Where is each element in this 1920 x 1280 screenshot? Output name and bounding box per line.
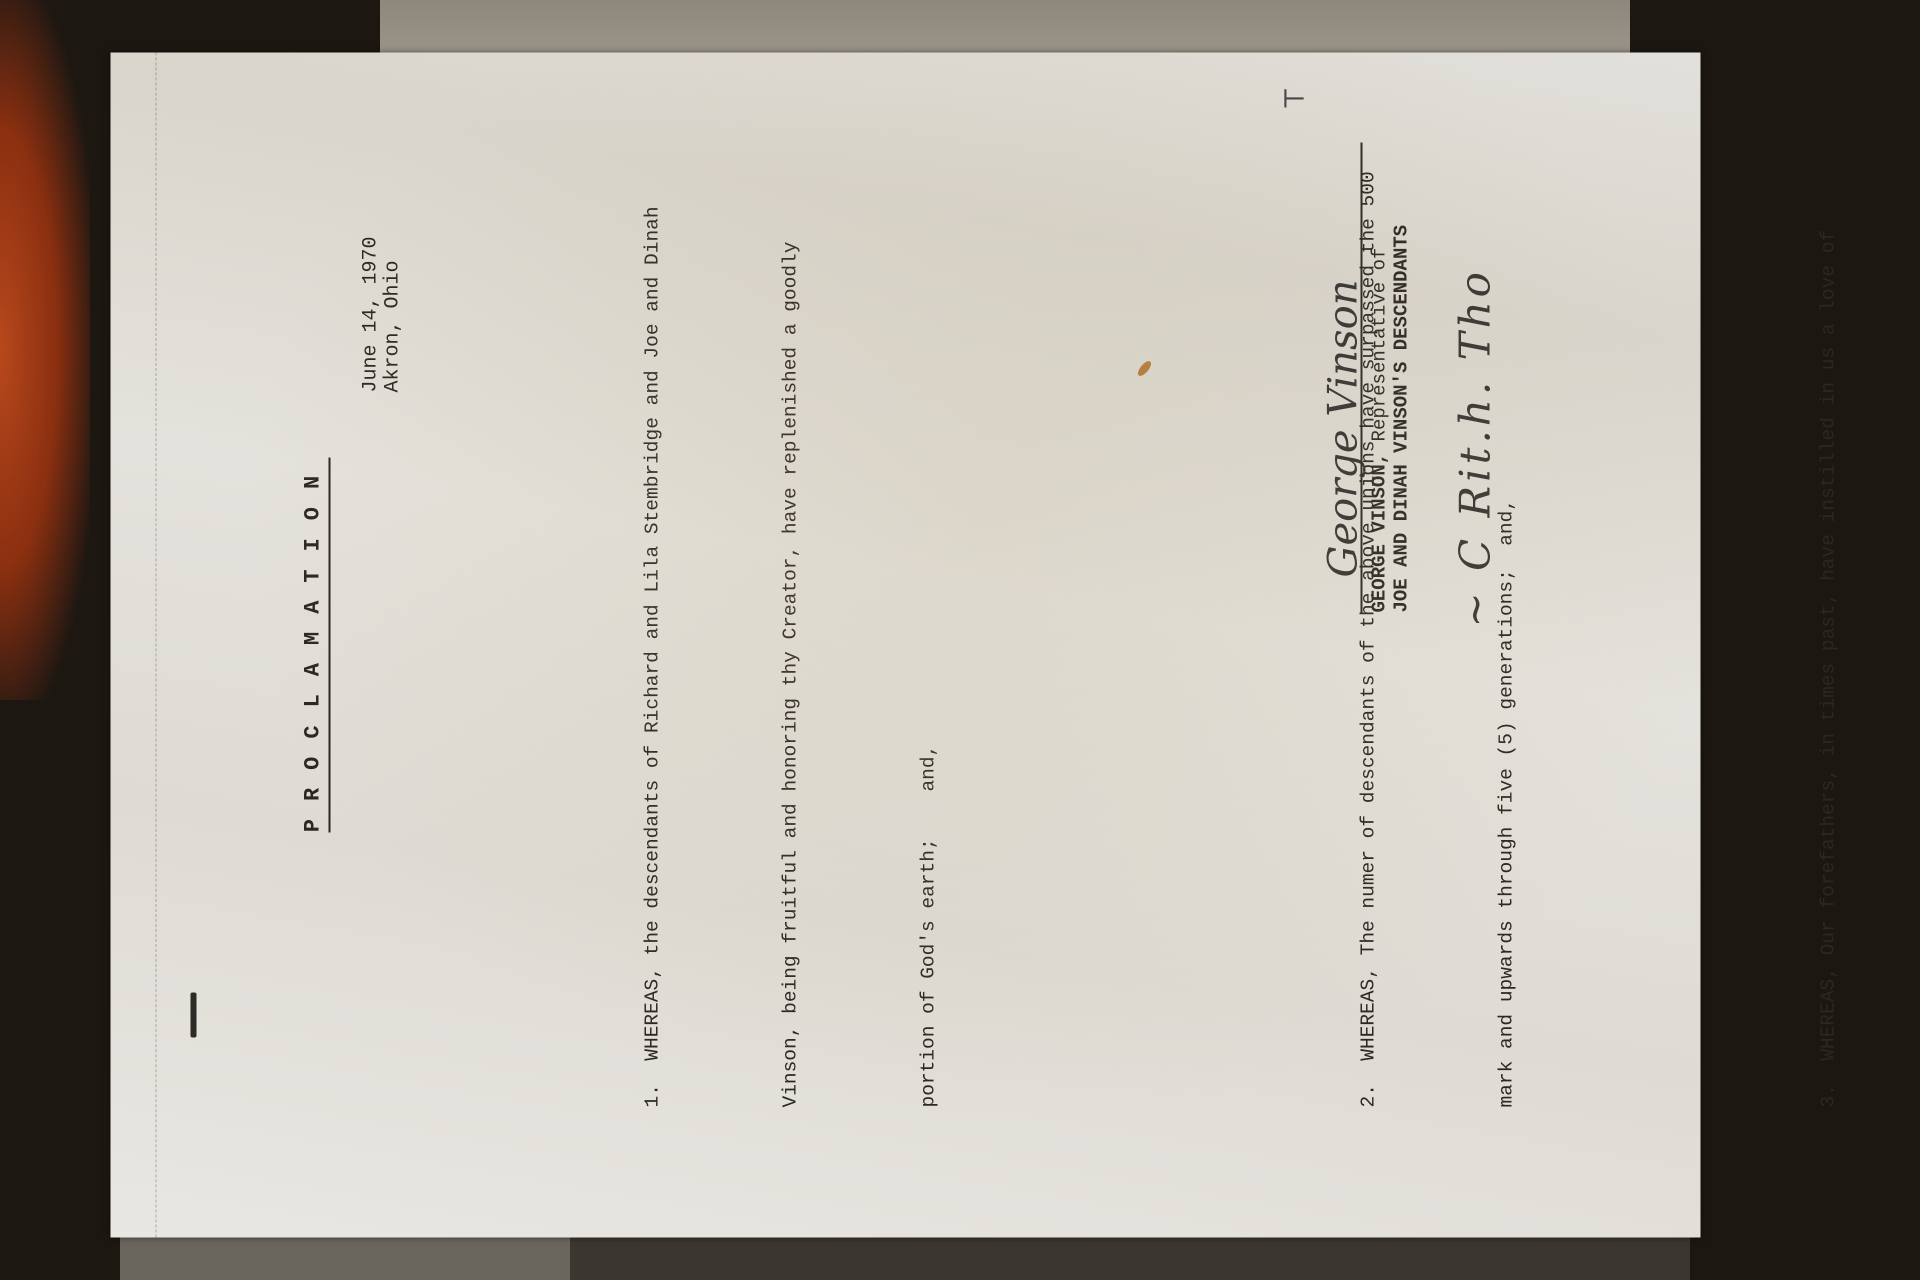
- whereas-clause-3: 3. WHEREAS, Our forefathers, in times pa…: [1714, 108, 1920, 1108]
- document-date: June 14, 1970: [361, 236, 383, 392]
- signatory-name: GEORGE VINSON,: [1369, 453, 1391, 613]
- document-title: PROCLAMATION: [301, 53, 326, 1238]
- background-cloth: [0, 0, 90, 700]
- document-body: 1. WHEREAS, the descendants of Richard a…: [446, 108, 1920, 1108]
- ink-mark: [191, 993, 197, 1038]
- signature-line: [1361, 143, 1363, 613]
- signatory-group: JOE AND DINAH VINSON'S DESCENDANTS: [1391, 225, 1413, 613]
- second-handwritten-signature: ~ C Rit.h. Tho: [1451, 268, 1500, 627]
- perforation-line: [156, 53, 157, 1238]
- background-surface: [570, 1230, 1690, 1280]
- whereas-clause-1: 1. WHEREAS, the descendants of Richard a…: [538, 108, 1044, 1108]
- whereas-clause-2: 2. WHEREAS, The numer of descendants of …: [1254, 108, 1622, 1108]
- date-block: June 14, 1970 Akron, Ohio: [361, 236, 405, 392]
- signatory-block: GEORGE VINSON, Representative of JOE AND…: [1369, 225, 1413, 613]
- signatory-role: Representative of: [1369, 248, 1391, 453]
- pencil-mark: ┬: [1271, 89, 1305, 107]
- proclamation-paper: PROCLAMATION June 14, 1970 Akron, Ohio 1…: [111, 53, 1701, 1238]
- document-location: Akron, Ohio: [383, 236, 405, 392]
